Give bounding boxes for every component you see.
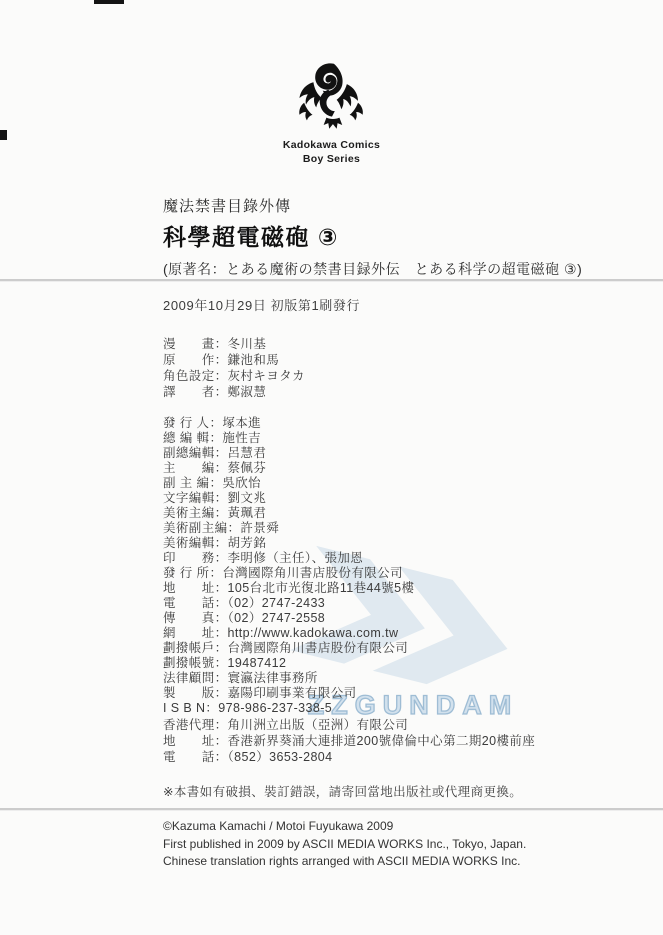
credit-row: 譯 者：鄭淑慧 <box>163 384 305 400</box>
staff-label: 總 編 輯： <box>163 431 222 445</box>
credit-value: 灰村キヨタカ <box>228 369 305 383</box>
staff-value: 嘉陽印刷事業有限公司 <box>228 686 357 700</box>
scan-speck-top <box>94 0 124 4</box>
staff-label: 製 版： <box>163 686 228 700</box>
credit-label: 角色設定： <box>163 369 228 383</box>
staff-row: 副總編輯：呂慧君 <box>163 446 414 461</box>
staff-label: 傳 真： <box>163 611 228 625</box>
staff-value: 寰瀛法律事務所 <box>228 671 318 685</box>
credit-row: 角色設定：灰村キヨタカ <box>163 368 305 384</box>
title-block: 魔法禁書目錄外傳 科學超電磁砲 ③ (原著名：とある魔術の禁書目録外伝 とある科… <box>163 195 582 279</box>
staff-row: 文字編輯：劉文兆 <box>163 491 414 506</box>
colophon-page: ZZGUNDAM Kadokawa Comics Boy Series 魔法禁書… <box>0 0 663 935</box>
staff-value: （02）2747-2558 <box>228 611 326 625</box>
staff-label: 電 話： <box>163 596 228 610</box>
staff-label: I S B N： <box>163 701 218 715</box>
hk-row: 地 址：香港新界葵涌大連排道200號偉倫中心第二期20樓前座 <box>163 733 535 749</box>
divider-top <box>0 279 663 282</box>
staff-value: 台灣國際角川書店股份有限公司 <box>228 641 409 655</box>
staff-row: 副 主 編：吳欣怡 <box>163 476 414 491</box>
staff-label: 副總編輯： <box>163 446 228 460</box>
staff-label: 法律顧問： <box>163 671 228 685</box>
staff-row: 美術主編：黃珮君 <box>163 506 414 521</box>
staff-value: 978-986-237-338-5 <box>218 701 332 715</box>
credit-value: 鎌池和馬 <box>228 353 280 367</box>
staff-label: 主 編： <box>163 461 228 475</box>
staff-label: 劃撥帳號： <box>163 656 228 670</box>
staff-value: 劉文兆 <box>228 491 267 505</box>
staff-row: 地 址：105台北市光復北路11巷44號5樓 <box>163 581 414 596</box>
hk-row: 香港代理：角川洲立出版（亞洲）有限公司 <box>163 717 535 733</box>
staff-row: I S B N：978-986-237-338-5 <box>163 701 414 716</box>
hk-label: 地 址： <box>163 734 228 748</box>
staff-row: 法律顧問：寰瀛法律事務所 <box>163 671 414 686</box>
staff-value: 胡芳銘 <box>228 536 267 550</box>
staff-label: 網 址： <box>163 626 228 640</box>
staff-value: 呂慧君 <box>228 446 267 460</box>
logo-caption-line2: Boy Series <box>0 152 663 166</box>
staff-label: 發 行 人： <box>163 416 222 430</box>
staff-row: 劃撥帳號：19487412 <box>163 656 414 671</box>
book-title: 科學超電磁砲 ③ <box>163 219 582 252</box>
staff-row: 網 址：http://www.kadokawa.com.tw <box>163 626 414 641</box>
staff-value: 台灣國際角川書店股份有限公司 <box>222 566 403 580</box>
staff-row: 電 話：（02）2747-2433 <box>163 596 414 611</box>
copyright-line: First published in 2009 by ASCII MEDIA W… <box>163 836 526 854</box>
hk-row: 電 話：（852）3653-2804 <box>163 749 535 765</box>
staff-label: 印 務： <box>163 551 228 565</box>
logo-caption-line1: Kadokawa Comics <box>0 138 663 152</box>
staff-row: 製 版：嘉陽印刷事業有限公司 <box>163 686 414 701</box>
credit-label: 譯 者： <box>163 385 228 399</box>
copyright-line: Chinese translation rights arranged with… <box>163 853 526 871</box>
staff-label: 副 主 編： <box>163 476 222 490</box>
hk-label: 香港代理： <box>163 718 228 732</box>
credit-label: 原 作： <box>163 353 228 367</box>
phoenix-icon <box>284 60 380 138</box>
creator-credits: 漫 畫：冬川基 原 作：鎌池和馬 角色設定：灰村キヨタカ 譯 者：鄭淑慧 <box>163 336 305 400</box>
staff-row: 總 編 輯：施性吉 <box>163 431 414 446</box>
staff-value: 105台北市光復北路11巷44號5樓 <box>228 581 415 595</box>
staff-value: 施性吉 <box>222 431 261 445</box>
staff-row: 發 行 所：台灣國際角川書店股份有限公司 <box>163 566 414 581</box>
hk-value: 香港新界葵涌大連排道200號偉倫中心第二期20樓前座 <box>228 734 536 748</box>
hk-value: 角川洲立出版（亞洲）有限公司 <box>228 718 409 732</box>
series-title: 魔法禁書目錄外傳 <box>163 195 582 216</box>
credit-row: 原 作：鎌池和馬 <box>163 352 305 368</box>
staff-label: 劃撥帳戶： <box>163 641 228 655</box>
staff-row: 主 編：蔡佩芬 <box>163 461 414 476</box>
staff-row: 劃撥帳戶：台灣國際角川書店股份有限公司 <box>163 641 414 656</box>
edition-date: 2009年10月29日 初版第1刷發行 <box>163 295 360 314</box>
publisher-logo: Kadokawa Comics Boy Series <box>0 60 663 166</box>
credit-value: 鄭淑慧 <box>228 385 267 399</box>
staff-value: 吳欣怡 <box>222 476 261 490</box>
staff-value: 塚本進 <box>222 416 261 430</box>
hk-value: （852）3653-2804 <box>228 750 333 764</box>
staff-row: 美術編輯：胡芳銘 <box>163 536 414 551</box>
staff-row: 印 務：李明修（主任）、張加恩 <box>163 551 414 566</box>
copyright-block: ©Kazuma Kamachi / Motoi Fuyukawa 2009 Fi… <box>163 818 526 871</box>
damage-notice: ※本書如有破損、裝訂錯誤，請寄回當地出版社或代理商更換。 <box>163 782 522 800</box>
staff-value: 蔡佩芬 <box>228 461 267 475</box>
staff-label: 文字編輯： <box>163 491 228 505</box>
staff-row: 美術副主編：許景舜 <box>163 521 414 536</box>
staff-value: 李明修（主任）、張加恩 <box>228 551 364 565</box>
divider-bottom <box>0 808 663 811</box>
staff-label: 美術主編： <box>163 506 228 520</box>
credit-value: 冬川基 <box>228 337 267 351</box>
staff-row: 傳 真：（02）2747-2558 <box>163 611 414 626</box>
credit-label: 漫 畫： <box>163 337 228 351</box>
credit-row: 漫 畫：冬川基 <box>163 336 305 352</box>
publishing-staff: 發 行 人：塚本進 總 編 輯：施性吉 副總編輯：呂慧君 主 編：蔡佩芬 副 主… <box>163 416 414 716</box>
hk-label: 電 話： <box>163 750 228 764</box>
staff-value: 19487412 <box>228 656 287 670</box>
staff-value website-url: http://www.kadokawa.com.tw <box>228 626 399 640</box>
staff-row: 發 行 人：塚本進 <box>163 416 414 431</box>
hk-agent: 香港代理：角川洲立出版（亞洲）有限公司 地 址：香港新界葵涌大連排道200號偉倫… <box>163 717 535 765</box>
staff-label: 地 址： <box>163 581 228 595</box>
original-title: (原著名：とある魔術の禁書目録外伝 とある科学の超電磁砲 ③) <box>163 259 582 279</box>
staff-label: 美術編輯： <box>163 536 228 550</box>
staff-label: 發 行 所： <box>163 566 222 580</box>
staff-label: 美術副主編： <box>163 521 240 535</box>
staff-value: 黃珮君 <box>228 506 267 520</box>
copyright-line: ©Kazuma Kamachi / Motoi Fuyukawa 2009 <box>163 818 526 836</box>
staff-value: （02）2747-2433 <box>228 596 326 610</box>
staff-value: 許景舜 <box>240 521 279 535</box>
